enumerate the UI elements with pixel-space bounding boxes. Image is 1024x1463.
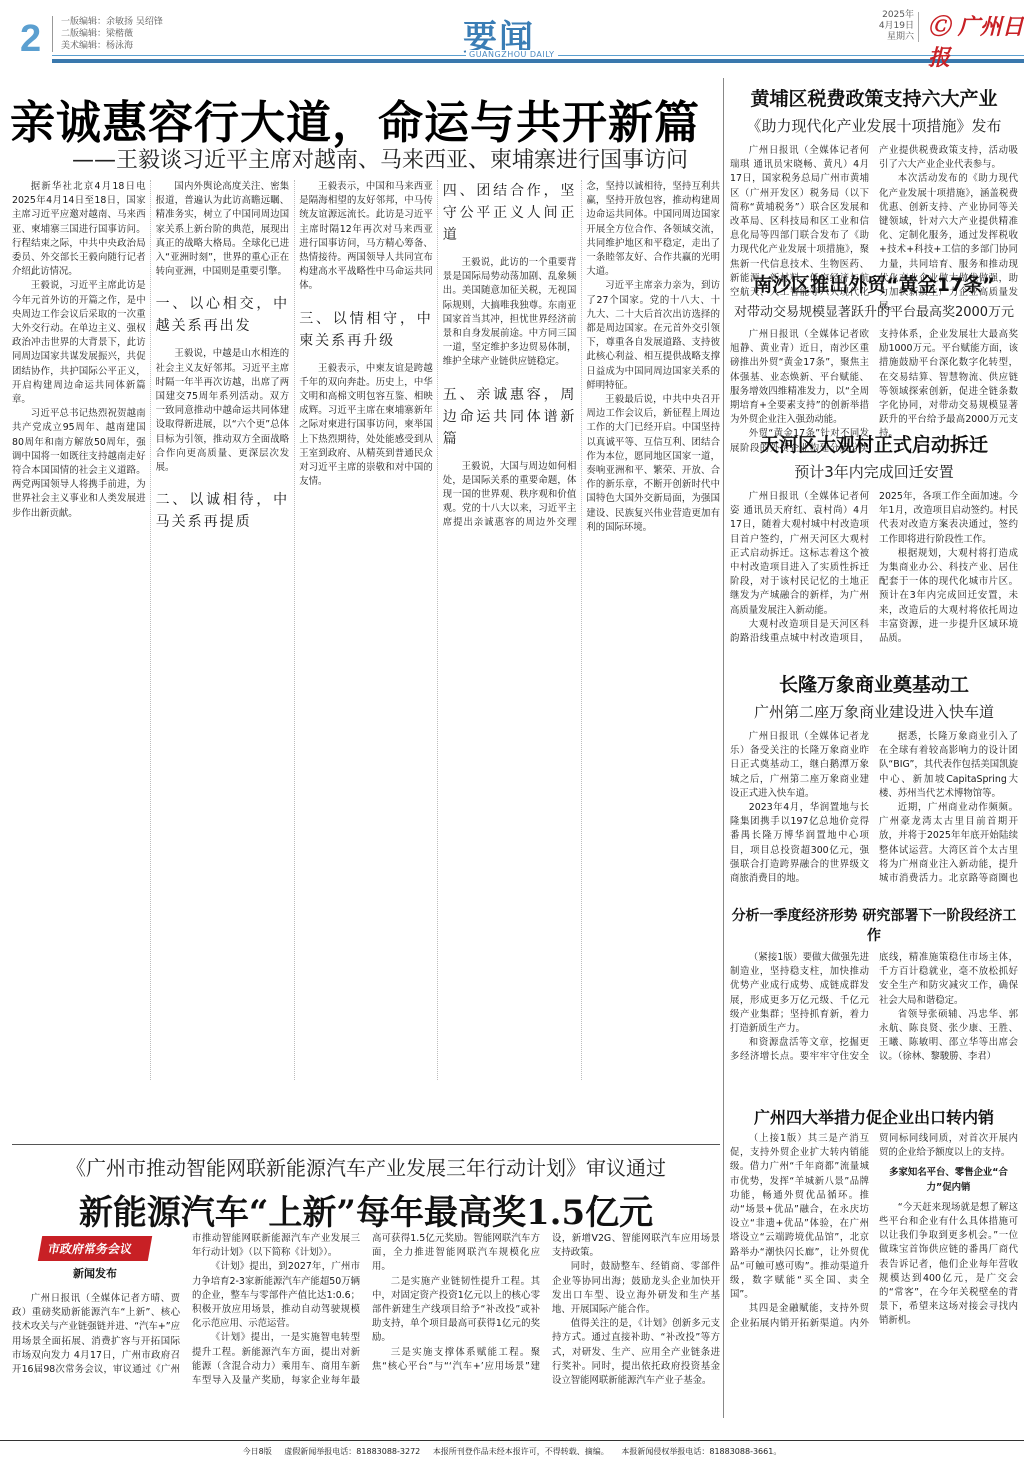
article-body: （上接1版）其三是产消互促，支持外贸企业扩大转内销能级。借力广州“千年商都”流量… bbox=[730, 1132, 1018, 1432]
paragraph: 省领导张硕辅、冯忠华、郭永航、陈良贤、张少康、王胜、王曦、陈敏明、邵立华等出席会… bbox=[879, 1008, 1018, 1065]
paragraph: 二是实施产业链韧性提升工程。其中，对固定资产投资1亿元以上的核心零部件新建生产线… bbox=[372, 1275, 540, 1346]
paragraph: 习近平主席亲力亲为，到访了27个国家。党的十八大、十九大、二十大后首次出访选择的… bbox=[586, 279, 720, 393]
section-heading: 三、以情相守，中柬关系再升级 bbox=[299, 308, 433, 352]
article-headline: 南沙区推出外贸“黄金17条” bbox=[730, 270, 1018, 297]
paragraph: 国内外舆论高度关注、密集报道，普遍认为此访高瞻远瞩、精准务实，树立了中国同周边国… bbox=[156, 180, 290, 279]
paragraph: 习近平总书记热烈祝贺越南共产党成立95周年、越南建国80周年和南方解放50周年，… bbox=[12, 407, 146, 521]
date-weekday: 星期六 bbox=[858, 32, 914, 43]
paragraph: 值得关注的是，《计划》创新多元支持方式。通过直接补助、“补改投”等方式，对研发、… bbox=[552, 1317, 720, 1388]
column-divider bbox=[723, 78, 724, 1418]
article-body: 广州日报讯（全媒体记者何姿 通讯员天府红、袁村尚）4月17日，随着大观村城中村改… bbox=[730, 490, 1018, 660]
issue-date: 2025年 4月19日 星期六 bbox=[858, 10, 914, 43]
paragraph: 广州日报讯（全媒体记者欧旭静、黄业青）近日，南沙区重磅推出外贸“黄金17条”，聚… bbox=[730, 328, 869, 427]
paragraph: （上接1版）其三是产消互促，支持外贸企业扩大转内销能级。借力广州“千年商都”流量… bbox=[730, 1132, 869, 1302]
section-heading: 五、亲诚惠容，周边命运共同体谱新篇 bbox=[443, 384, 577, 450]
article-headline: 广州四大举措力促企业出口转内销 bbox=[730, 1105, 1018, 1128]
article-changlong-mixc: 长隆万象商业奠基动工 广州第二座万象商业建设进入快车道 广州日报讯（全媒体记者龙… bbox=[730, 670, 1018, 905]
divider bbox=[918, 12, 919, 42]
divider bbox=[52, 59, 1024, 63]
article-headline: 黄埔区税费政策支持六大产业 bbox=[730, 84, 1018, 111]
masthead: 2 一版编辑：余敏扬 吴绍锋 二版编辑：梁楷薇 美术编辑：杨泳海 要闻 GUAN… bbox=[0, 0, 1024, 70]
logo-swirl-icon: Ⓒ bbox=[928, 14, 950, 40]
paragraph: 据新华社北京4月18日电 2025年4月14日至18日，国家主席习近平应邀对越南… bbox=[12, 180, 146, 279]
paragraph: 广州日报讯（全媒体记者龙乐）备受关注的长隆万象商业昨日正式奠基动工，继白鹅潭万象… bbox=[730, 730, 869, 801]
article-headline: 长隆万象商业奠基动工 bbox=[730, 670, 1018, 697]
divider bbox=[0, 1440, 1024, 1441]
date-day: 4月19日 bbox=[858, 21, 914, 32]
editor-line: 一版编辑：余敏扬 吴绍锋 bbox=[61, 16, 163, 28]
lead-subheadline: ——王毅谈习近平主席对越南、马来西亚、柬埔寨进行国事访问 bbox=[40, 143, 720, 174]
footer: 今日8版 虚假新闻举报电话：81883088-3272 本报所刊登作品未经本报许… bbox=[0, 1446, 1024, 1457]
date-year: 2025年 bbox=[858, 10, 914, 21]
editor-line: 二版编辑：梁楷薇 bbox=[61, 28, 163, 40]
article-tianhe-daguan: 天河区大观村正式启动拆迁 预计3年内完成回迁安置 广州日报讯（全媒体记者何姿 通… bbox=[730, 430, 1018, 660]
article-headline: 天河区大观村正式启动拆迁 bbox=[730, 430, 1018, 457]
lead-headline: 亲诚惠容行大道，命运与共开新篇 bbox=[10, 86, 720, 151]
paragraph: 同时，鼓励整车、经销商、零部件企业等协同出海；鼓励龙头企业加快开发出口车型、设立… bbox=[552, 1260, 720, 1317]
paragraph: 王毅说，此访的一个重要背景是国际局势动荡加剧、乱象频出。美国随意加征关税，无视国… bbox=[443, 256, 577, 370]
article-body: （紧接1版）要做大做强先进制造业，坚持稳支柱，加快推动优势产业成行成势、成链成群… bbox=[730, 951, 1018, 1101]
paragraph: 王毅最后说，中共中央召开周边工作会议后，新征程上周边工作的大门已经开启。中国坚持… bbox=[586, 393, 720, 535]
footer-item: 今日8版 bbox=[243, 1447, 272, 1456]
article-headline: 分析一季度经济形势 研究部署下一阶段经济工作 bbox=[730, 905, 1018, 945]
section-heading: 四、团结合作，坚守公平正义人间正道 bbox=[443, 180, 577, 246]
article-body: 广州日报讯（全媒体记者龙乐）备受关注的长隆万象商业昨日正式奠基动工，继白鹅潭万象… bbox=[730, 730, 1018, 905]
section-heading: 二、以诚相待，中马关系再提质 bbox=[156, 489, 290, 533]
paragraph: 2023年4月，华润置地与长隆集团携手以197亿总地价竞得番禺长隆万博华润置地中… bbox=[730, 801, 869, 886]
paragraph: 《计划》提出，到2027年，广州市力争培育2-3家新能源汽车产能超50万辆的企业… bbox=[192, 1260, 360, 1331]
newspaper-logo: Ⓒ 广州日报 bbox=[928, 10, 1024, 72]
section-heading: 一、以心相交，中越关系再出发 bbox=[156, 293, 290, 337]
paragraph: 王毅表示，中柬友谊是跨越千年的双向奔赴。历史上，中华文明和高棉文明包容互鉴、相映… bbox=[299, 362, 433, 490]
paragraph: 王毅表示，中国和马来西亚是隔海相望的友好邻邦，中马传统友谊源远流长。此访是习近平… bbox=[299, 180, 433, 294]
page-number: 2 bbox=[20, 18, 41, 61]
paragraph: 根据规划，大观村将打造成为集商业办公、科技产业、居住配套于一体的现代化城市片区。… bbox=[879, 547, 1018, 646]
editor-line: 美术编辑：杨泳海 bbox=[61, 40, 163, 52]
badge-sublabel: 新闻发布 bbox=[40, 1265, 150, 1281]
paragraph: （紧接1版）要做大做强先进制造业，坚持稳支柱，加快推动优势产业成行成势、成链成群… bbox=[730, 951, 869, 1036]
article-subheadline: 预计3年内完成回迁安置 bbox=[730, 461, 1018, 482]
footer-item: 虚假新闻举报电话：81883088-3272 bbox=[284, 1447, 420, 1456]
press-release-badge: 市政府常务会议 新闻发布 bbox=[40, 1236, 150, 1290]
divider bbox=[12, 1144, 720, 1145]
paragraph: “今天赶来现场就是想了解这些平台和企业有什么具体措施可以让我们争取到更多机会。”… bbox=[879, 1201, 1018, 1329]
article-subheadline: 《助力现代化产业发展十项措施》发布 bbox=[730, 115, 1018, 136]
paragraph: 广州日报讯（全媒体记者何姿 通讯员天府红、袁村尚）4月17日，随着大观村城中村改… bbox=[730, 490, 869, 618]
article-export-to-domestic: 广州四大举措力促企业出口转内销 （上接1版）其三是产消互促，支持外贸企业扩大转内… bbox=[730, 1105, 1018, 1432]
article-economic-analysis: 分析一季度经济形势 研究部署下一阶段经济工作 （紧接1版）要做大做强先进制造业，… bbox=[730, 905, 1018, 1101]
article-subheadline: 对带动交易规模显著跃升的平台最高奖2000万元 bbox=[730, 301, 1018, 320]
footer-item: 本报新闻侵权举报电话：81883088-3661。 bbox=[621, 1447, 781, 1456]
subheading: 多家知名平台、零售企业“合力”促内销 bbox=[879, 1166, 1018, 1194]
paragraph: 据悉，长隆万象商业引入了在全球有着较高影响力的设计团队“BIG”，其代表作包括美… bbox=[879, 730, 1018, 801]
lead-article-body: 据新华社北京4月18日电 2025年4月14日至18日，国家主席习近平应邀对越南… bbox=[12, 180, 720, 1080]
footer-item: 本报所刊登作品未经本报许可，不得转载、摘编。 bbox=[433, 1447, 609, 1456]
nev-pre-headline: 《广州市推动智能网联新能源汽车产业发展三年行动计划》审议通过 bbox=[12, 1152, 720, 1181]
badge-label: 市政府常务会议 bbox=[38, 1236, 152, 1261]
section-subtitle: GUANGZHOU DAILY bbox=[466, 50, 558, 59]
article-subheadline: 广州第二座万象商业建设进入快车道 bbox=[730, 701, 1018, 722]
editor-credits: 一版编辑：余敏扬 吴绍锋 二版编辑：梁楷薇 美术编辑：杨泳海 bbox=[52, 16, 163, 52]
nev-headline: 新能源汽车“上新”每年最高奖1.5亿元 bbox=[12, 1185, 720, 1234]
paragraph: 王毅说，习近平主席此访是今年元首外访的开篇之作，是中央周边工作会议后采取的一次重… bbox=[12, 279, 146, 407]
article-nansha-trade: 南沙区推出外贸“黄金17条” 对带动交易规模显著跃升的平台最高奖2000万元 广… bbox=[730, 270, 1018, 456]
paragraph: 王毅说，中越是山水相连的社会主义友好邻邦。习近平主席时隔一年半再次访越，出席了两… bbox=[156, 347, 290, 475]
